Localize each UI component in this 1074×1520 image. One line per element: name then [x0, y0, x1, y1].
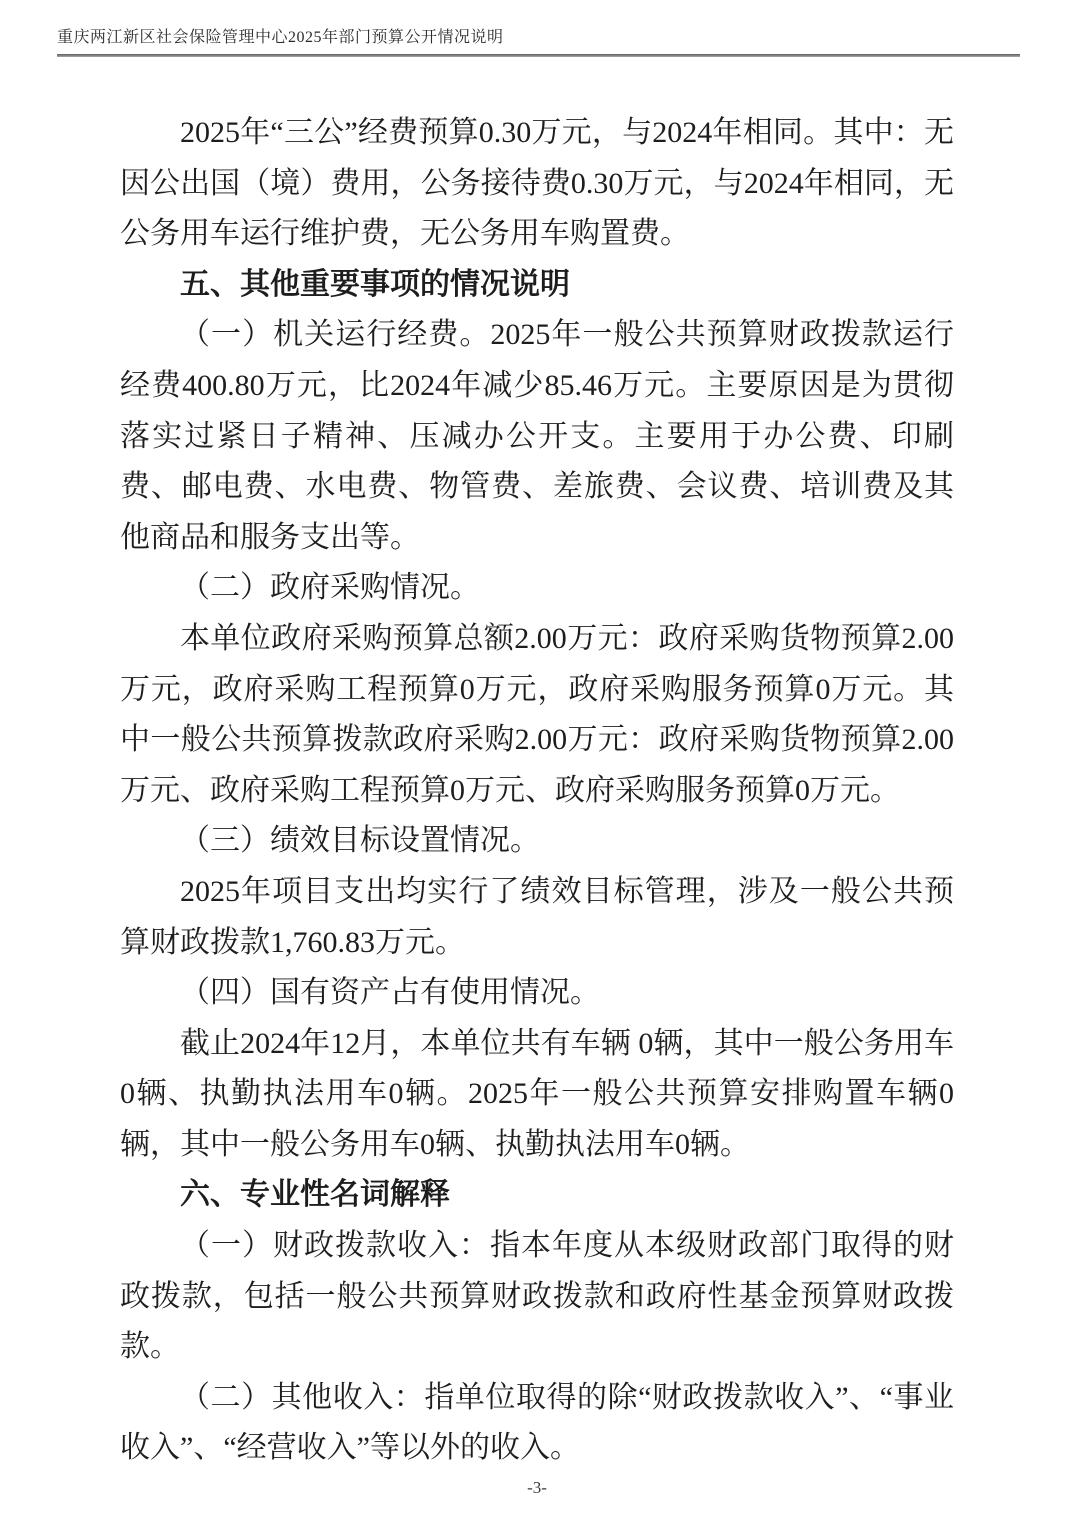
- page-header-title: 重庆两江新区社会保险管理中心2025年部门预算公开情况说明: [57, 28, 1020, 48]
- paragraph-performance-detail: 2025年项目支出均实行了绩效目标管理，涉及一般公共预算财政拨款1,760.83…: [120, 867, 954, 968]
- subheading-government-procurement: （二）政府采购情况。: [120, 563, 954, 614]
- page-number: -3-: [0, 1478, 1074, 1498]
- paragraph-sangong-budget: 2025年“三公”经费预算0.30万元，与2024年相同。其中：无因公出国（境）…: [120, 108, 954, 260]
- paragraph-term-other-income: （二）其他收入：指单位取得的除“财政拨款收入”、“事业收入”、“经营收入”等以外…: [120, 1373, 954, 1474]
- paragraph-procurement-detail: 本单位政府采购预算总额2.00万元：政府采购货物预算2.00万元，政府采购工程预…: [120, 614, 954, 816]
- section-heading-other-important-matters: 五、其他重要事项的情况说明: [120, 260, 954, 311]
- section-heading-terminology: 六、专业性名词解释: [120, 1170, 954, 1221]
- subheading-performance-targets: （三）绩效目标设置情况。: [120, 816, 954, 867]
- subheading-state-assets: （四）国有资产占有使用情况。: [120, 968, 954, 1019]
- paragraph-operating-expenses: （一）机关运行经费。2025年一般公共预算财政拨款运行经费400.80万元，比2…: [120, 310, 954, 563]
- header-rule-divider: [57, 54, 1020, 57]
- document-page: 重庆两江新区社会保险管理中心2025年部门预算公开情况说明 2025年“三公”经…: [0, 0, 1074, 1520]
- document-body: 2025年“三公”经费预算0.30万元，与2024年相同。其中：无因公出国（境）…: [120, 108, 954, 1474]
- paragraph-vehicles-detail: 截止2024年12月，本单位共有车辆 0辆，其中一般公务用车0辆、执勤执法用车0…: [120, 1019, 954, 1171]
- paragraph-term-fiscal-appropriation-income: （一）财政拨款收入：指本年度从本级财政部门取得的财政拨款，包括一般公共预算财政拨…: [120, 1221, 954, 1373]
